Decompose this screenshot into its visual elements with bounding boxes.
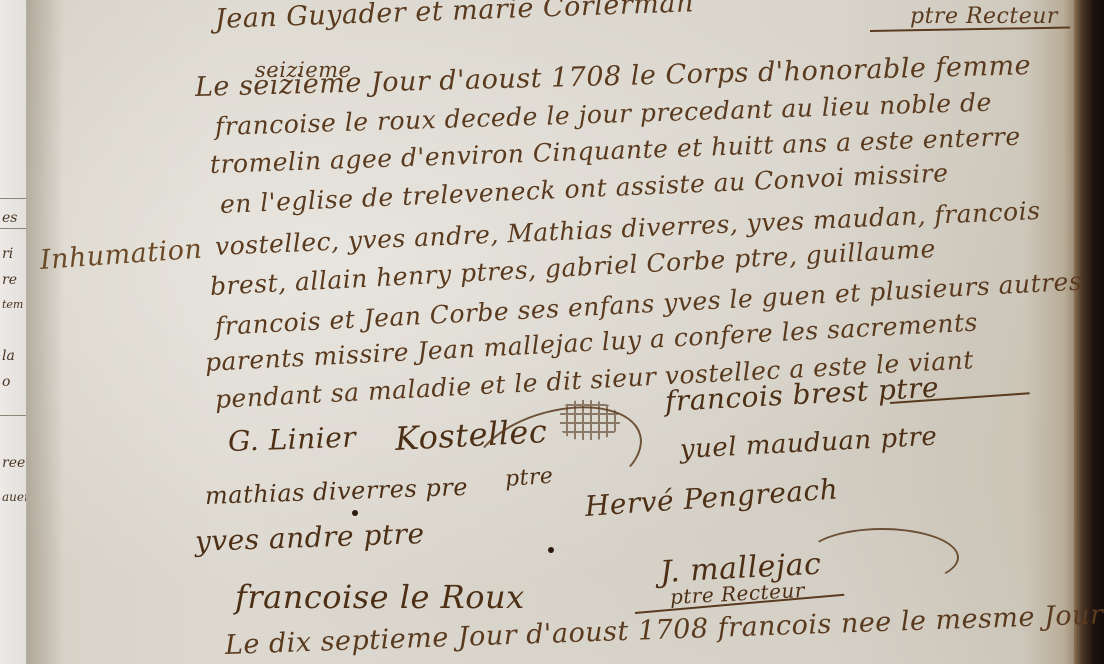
facing-page-fragment: ri [2, 246, 13, 262]
facing-page-fragment: o [2, 374, 10, 390]
divider [0, 228, 26, 229]
ink-blot [548, 547, 554, 553]
facing-page-fragment: es [2, 210, 17, 226]
signature-flourish [805, 528, 959, 587]
ink-blot [352, 510, 358, 516]
facing-page-fragment: tem [2, 298, 23, 311]
binding-edge [1074, 0, 1104, 664]
facing-page-fragment: la [2, 348, 15, 364]
facing-page-fragment: auen [2, 490, 27, 504]
facing-page-fragment: re [2, 272, 17, 288]
facing-page-fragment: ree [2, 455, 25, 471]
divider [0, 415, 26, 416]
divider [0, 198, 26, 199]
facing-page-edge: es ri re tem la o ree auen [0, 0, 27, 664]
signature-linier: G. Linier [227, 421, 356, 458]
signature-francoise-le-roux: francoise le Roux [235, 578, 525, 616]
signature-ptre-mark: ptre [504, 464, 554, 492]
gutter-shadow [24, 0, 64, 664]
previous-entry-recteur-signature: ptre Recteur [910, 4, 1058, 29]
